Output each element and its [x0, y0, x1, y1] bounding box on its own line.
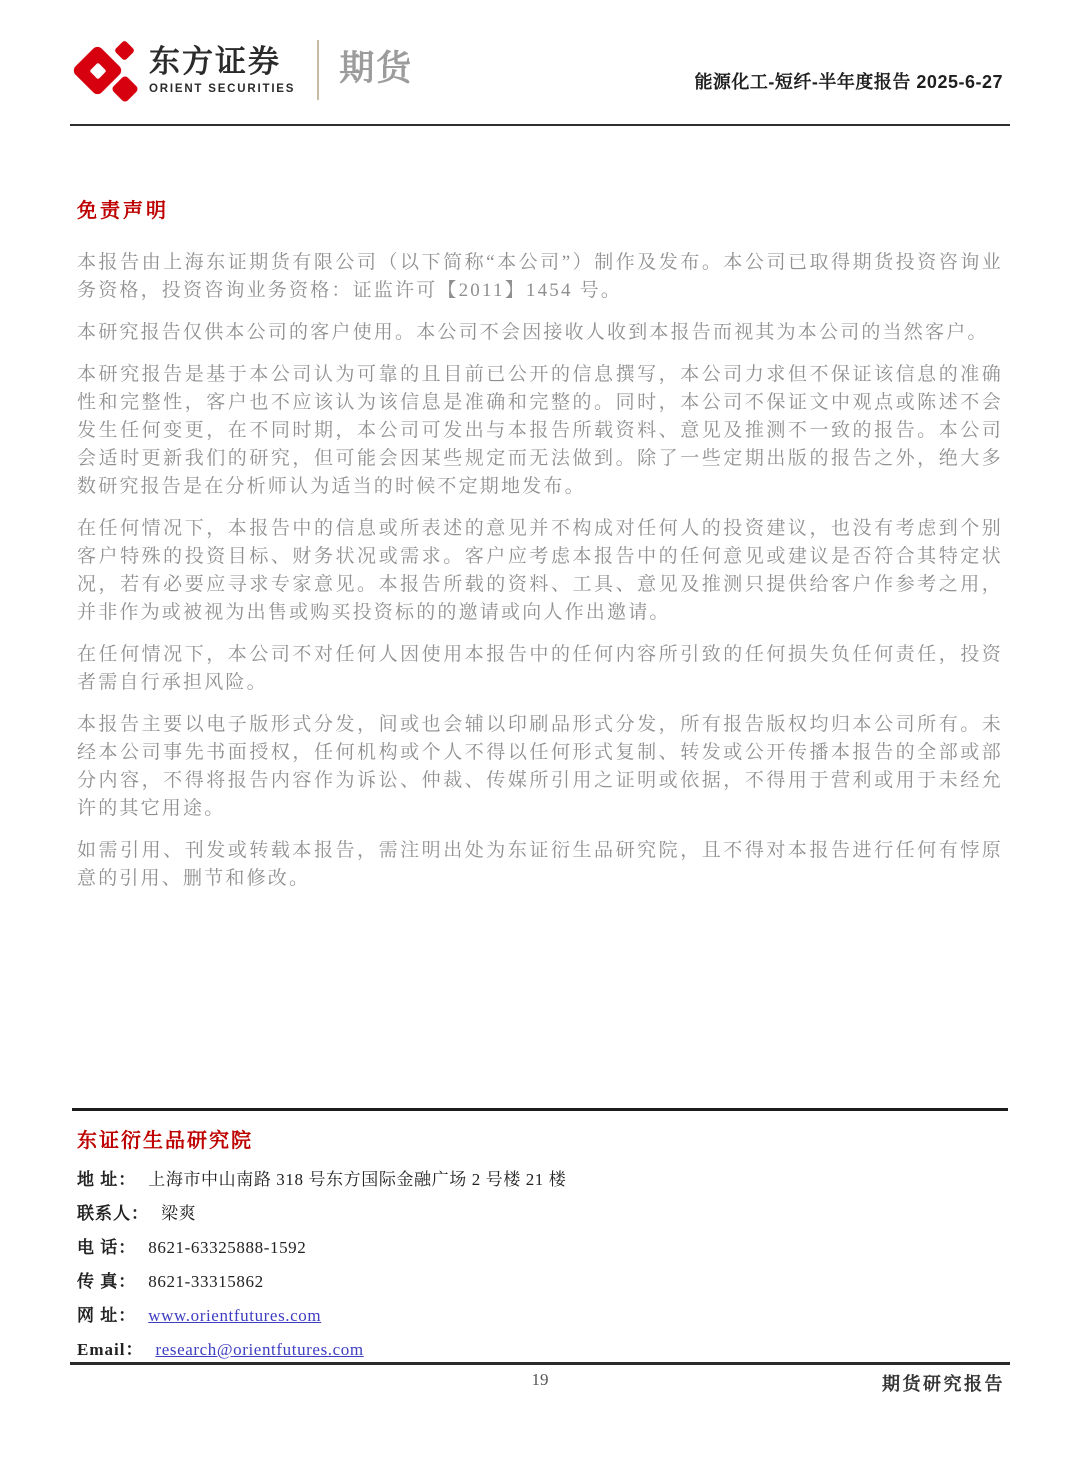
brand-divider: [317, 40, 319, 100]
disclaimer-paragraph: 如需引用、刊发或转载本报告，需注明出处为东证衍生品研究院，且不得对本报告进行任何…: [77, 837, 1003, 893]
page-header: 东方证券 ORIENT SECURITIES 期货 能源化工-短纤-半年度报告 …: [0, 0, 1080, 104]
brand-unit-label: 期货: [339, 41, 413, 91]
contact-value: 8621-63325888-1592: [148, 1238, 306, 1257]
contact-value: 8621-33315862: [148, 1272, 263, 1291]
contact-label: 地 址：: [77, 1163, 136, 1197]
brand-name-en: ORIENT SECURITIES: [149, 83, 295, 95]
brand-block: 东方证券 ORIENT SECURITIES 期货: [77, 36, 413, 104]
contact-row-address: 地 址：上海市中山南路 318 号东方国际金融广场 2 号楼 21 楼: [77, 1163, 1008, 1197]
header-divider-rule: [70, 124, 1010, 126]
footer-divider-rule: [70, 1362, 1010, 1365]
report-type-label: 期货研究报告: [882, 1370, 1005, 1396]
disclaimer-paragraph: 本研究报告是基于本公司认为可靠的且目前已公开的信息撰写，本公司力求但不保证该信息…: [77, 361, 1003, 501]
contact-row-fax: 传 真：8621-33315862: [77, 1265, 1008, 1299]
contact-label: 电 话：: [77, 1231, 136, 1265]
institute-name: 东证衍生品研究院: [77, 1124, 1008, 1153]
contact-value: 梁爽: [161, 1204, 196, 1223]
disclaimer-paragraph: 本报告主要以电子版形式分发，间或也会辅以印刷品形式分发，所有报告版权均归本公司所…: [77, 711, 1003, 823]
page-number: 19: [70, 1370, 1010, 1390]
report-title: 能源化工-短纤-半年度报告 2025-6-27: [694, 68, 1003, 104]
contact-value: 上海市中山南路 318 号东方国际金融广场 2 号楼 21 楼: [148, 1170, 566, 1189]
contact-label: 联系人：: [77, 1197, 149, 1231]
contact-label: 网 址：: [77, 1299, 136, 1333]
contact-row-phone: 电 话：8621-63325888-1592: [77, 1231, 1008, 1265]
website-link[interactable]: www.orientfutures.com: [148, 1306, 321, 1325]
brand-name-cn: 东方证券: [149, 45, 295, 79]
institute-section: 东证衍生品研究院 地 址：上海市中山南路 318 号东方国际金融广场 2 号楼 …: [72, 1108, 1008, 1367]
email-link[interactable]: research@orientfutures.com: [155, 1340, 363, 1359]
contact-label: 传 真：: [77, 1265, 136, 1299]
disclaimer-paragraph: 在任何情况下，本公司不对任何人因使用本报告中的任何内容所引致的任何损失负任何责任…: [77, 641, 1003, 697]
disclaimer-title: 免责声明: [77, 194, 1003, 223]
disclaimer-paragraph: 本研究报告仅供本公司的客户使用。本公司不会因接收人收到本报告而视其为本公司的当然…: [77, 319, 1003, 347]
logo-diamond-small: [114, 40, 135, 61]
disclaimer-paragraph: 本报告由上海东证期货有限公司（以下简称“本公司”）制作及发布。本公司已取得期货投…: [77, 249, 1003, 305]
institute-divider-rule: [72, 1108, 1008, 1111]
page-footer: 19 期货研究报告: [70, 1362, 1010, 1365]
orient-securities-logo-icon: [77, 36, 135, 104]
contact-row-person: 联系人：梁爽: [77, 1197, 1008, 1231]
brand-text: 东方证券 ORIENT SECURITIES: [149, 45, 295, 94]
disclaimer-paragraph: 在任何情况下，本报告中的信息或所表述的意见并不构成对任何人的投资建议，也没有考虑…: [77, 515, 1003, 627]
report-page: 东方证券 ORIENT SECURITIES 期货 能源化工-短纤-半年度报告 …: [0, 0, 1080, 1466]
logo-diamond-medium: [111, 75, 139, 103]
contact-row-website: 网 址：www.orientfutures.com: [77, 1299, 1008, 1333]
disclaimer-section: 免责声明 本报告由上海东证期货有限公司（以下简称“本公司”）制作及发布。本公司已…: [0, 194, 1080, 893]
